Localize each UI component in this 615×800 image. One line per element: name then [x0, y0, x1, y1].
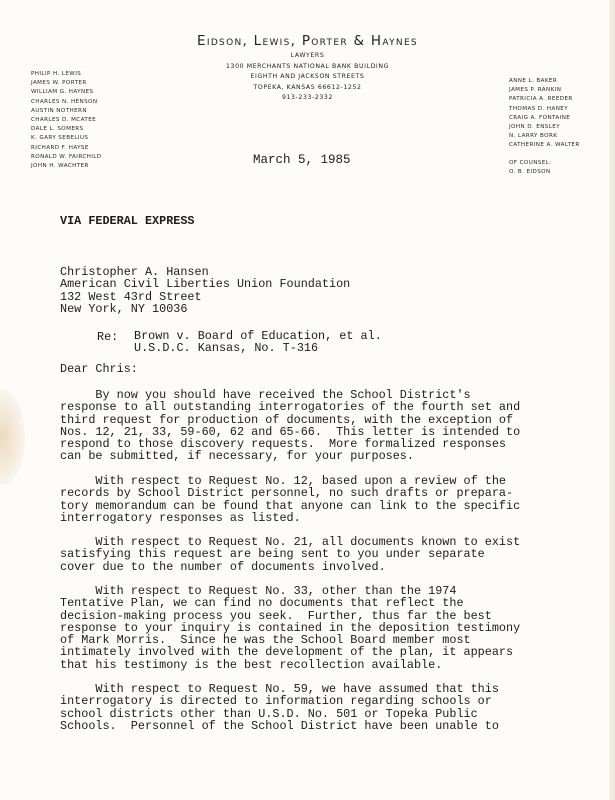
- delivery-method: VIA FEDERAL EXPRESS: [60, 214, 195, 228]
- text-line: can be submitted, if necessary, for your…: [60, 450, 520, 462]
- partner-name: Craig A. Fontaine: [509, 114, 580, 123]
- partner-name: Thomas D. Haney: [509, 105, 580, 114]
- partner-name: Richard F. Hayse: [31, 144, 102, 153]
- of-counsel-name: O. B. Eidson: [509, 168, 580, 177]
- paragraph-request-21: With respect to Request No. 21, all docu…: [60, 536, 520, 573]
- partners-list-left: Philip H. Lewis James W. Porter William …: [31, 70, 102, 171]
- page-edge: [609, 0, 615, 800]
- partner-name: John H. Wachter: [31, 162, 102, 171]
- text-line: response to all outstanding interrogator…: [60, 401, 520, 413]
- letterhead-subtitle: Lawyers: [0, 51, 615, 62]
- spacer: [509, 151, 580, 159]
- firm-name: Eidson, Lewis, Porter & Haynes: [0, 33, 615, 49]
- partners-list-right: Anne L. Baker James P. Rankin Patricia A…: [509, 77, 580, 177]
- partner-name: Dale L. Somers: [31, 125, 102, 134]
- partner-name: Catherine A. Walter: [509, 141, 580, 150]
- partner-name: James P. Rankin: [509, 86, 580, 95]
- recipient-city: New York, NY 10036: [60, 303, 350, 315]
- text-line: intimately involved with the development…: [60, 646, 520, 658]
- paragraph-intro: By now you should have received the Scho…: [60, 389, 520, 463]
- partner-name: Charles D. McAtee: [31, 116, 102, 125]
- text-line: interrogatory is directed to information…: [60, 695, 499, 707]
- partner-name: James W. Porter: [31, 79, 102, 88]
- partner-name: Philip H. Lewis: [31, 70, 102, 79]
- partner-name: Anne L. Baker: [509, 77, 580, 86]
- paragraph-request-12: With respect to Request No. 12, based up…: [60, 475, 520, 524]
- re-line-2: U.S.D.C. Kansas, No. T-316: [134, 342, 382, 354]
- salutation: Dear Chris:: [60, 363, 138, 375]
- paragraph-request-59: With respect to Request No. 59, we have …: [60, 683, 499, 732]
- text-line: cover due to the number of documents inv…: [60, 561, 520, 573]
- partner-name: Patricia A. Reeder: [509, 95, 580, 104]
- partner-name: John D. Ensley: [509, 123, 580, 132]
- recipient-address: Christopher A. HansenAmerican Civil Libe…: [60, 266, 350, 315]
- partner-name: N. Larry Bork: [509, 132, 580, 141]
- text-line: Schools. Personnel of the School Distric…: [60, 720, 499, 732]
- text-line: Tentative Plan, we can find no documents…: [60, 597, 520, 609]
- partner-name: William G. Haynes: [31, 88, 102, 97]
- text-line: that his testimony is the best recollect…: [60, 659, 520, 671]
- of-counsel-label: Of Counsel:: [509, 159, 580, 168]
- text-line: interrogatory responses as listed.: [60, 512, 520, 524]
- recipient-organization: American Civil Liberties Union Foundatio…: [60, 278, 350, 290]
- partner-name: K. Gary Sebelius: [31, 134, 102, 143]
- text-line: records by School District personnel, no…: [60, 487, 520, 499]
- paper-stain: [0, 390, 25, 485]
- partner-name: Ronald W. Fairchild: [31, 153, 102, 162]
- re-label: Re:: [97, 330, 118, 344]
- re-subject: Brown v. Board of Education, et al.U.S.D…: [134, 330, 382, 355]
- letter-date: March 5, 1985: [253, 153, 351, 167]
- partner-name: Austin Nothern: [31, 107, 102, 116]
- paragraph-request-33: With respect to Request No. 33, other th…: [60, 585, 520, 671]
- partner-name: Charles N. Henson: [31, 98, 102, 107]
- text-line: satisfying this request are being sent t…: [60, 548, 520, 560]
